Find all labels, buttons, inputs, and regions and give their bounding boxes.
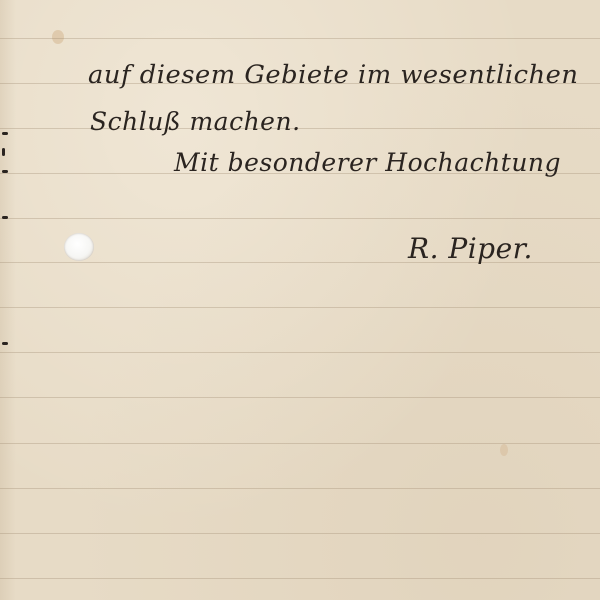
ruled-line [0, 352, 600, 353]
page-left-edge [0, 0, 16, 600]
ink-fragment [2, 342, 8, 345]
paper-stain [52, 30, 64, 44]
ink-fragment [2, 132, 8, 135]
ink-fragment [2, 148, 5, 156]
letter-page: auf diesem Gebiete im wesentlichen Schlu… [0, 0, 600, 600]
ruled-line [0, 307, 600, 308]
punch-hole [64, 233, 94, 261]
letter-body-line-2: Schluß machen. [90, 107, 301, 136]
ruled-line [0, 533, 600, 534]
signature: R. Piper. [408, 232, 533, 265]
ruled-line [0, 488, 600, 489]
ruled-line [0, 578, 600, 579]
ruled-line [0, 443, 600, 444]
ink-fragment [2, 216, 8, 219]
letter-body-line-1: auf diesem Gebiete im wesentlichen [88, 60, 579, 89]
ruled-line [0, 397, 600, 398]
ruled-line [0, 218, 600, 219]
paper-stain [500, 444, 508, 456]
letter-closing: Mit besonderer Hochachtung [174, 148, 561, 177]
ink-fragment [2, 170, 8, 173]
ruled-line [0, 38, 600, 39]
